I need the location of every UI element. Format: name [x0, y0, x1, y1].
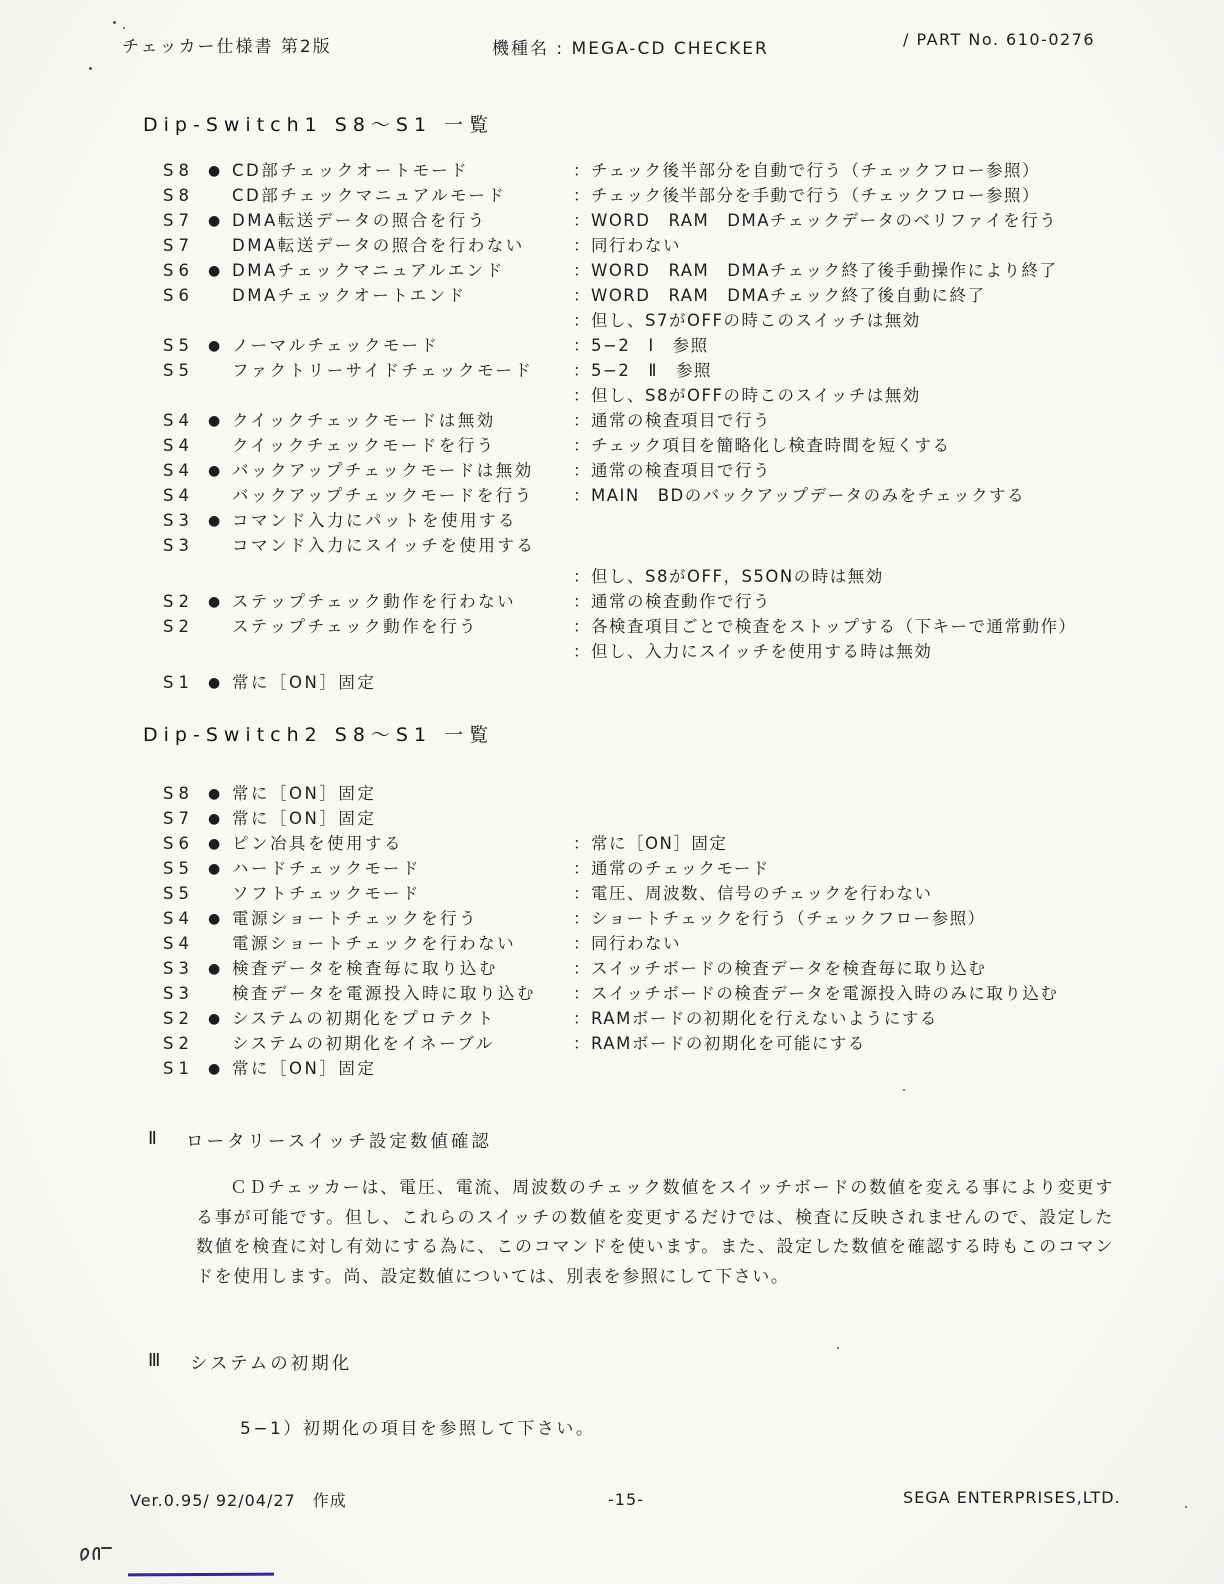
switch-number: S5 — [163, 333, 194, 358]
switch-setting-description: ：各検査項目ごとで検査をストップする（下キーで通常動作） — [573, 614, 1077, 639]
default-setting-dot: ● — [208, 209, 220, 234]
switch-setting-description: ：常に［ON］固定 — [573, 831, 727, 856]
default-setting-dot: ● — [208, 857, 220, 882]
switch-setting-description: ：通常の検査項目で行う — [573, 408, 771, 433]
default-setting-dot: ● — [208, 409, 220, 434]
default-setting-dot: ● — [208, 807, 220, 832]
switch-setting-label: 常に［ON］固定 — [232, 781, 376, 806]
switch-setting-description: ：RAMボードの初期化を行えないようにする — [573, 1006, 938, 1031]
switch-setting-description: ：通常の検査項目で行う — [573, 458, 771, 483]
switch-number: S8 — [163, 183, 194, 208]
default-setting-dot: ● — [208, 259, 220, 284]
switch-number: S1 — [163, 1056, 194, 1081]
switch-setting-description: ：RAMボードの初期化を可能にする — [573, 1031, 866, 1056]
switch-setting-description: ：WORD RAM DMAチェック終了後自動に終了 — [573, 283, 986, 308]
switch-setting-label: ソフトチェックモード — [232, 881, 421, 906]
switch-setting-description: ：同行わない — [573, 931, 681, 956]
switch-number: S7 — [163, 233, 194, 258]
switch-setting-label: システムの初期化をイネーブル — [232, 1031, 495, 1056]
switch-number: S1 — [163, 670, 194, 695]
switch-number: S2 — [163, 1031, 194, 1056]
switch-number: S4 — [163, 433, 194, 458]
dipswitch1-title: Dip-Switch1 S8〜S1 一覧 — [143, 110, 494, 137]
switch-setting-label: ハードチェックモード — [232, 856, 421, 881]
switch-number: S4 — [163, 408, 194, 433]
scan-speck — [123, 27, 125, 29]
switch-setting-label: ステップチェック動作を行わない — [232, 589, 516, 614]
switch-setting-label: 検査データを検査毎に取り込む — [232, 956, 498, 981]
scan-speck — [903, 1089, 905, 1091]
section2-title: ロータリースイッチ設定数値確認 — [186, 1128, 492, 1153]
switch-setting-description: ：スイッチボードの検査データを検査毎に取り込む — [573, 956, 986, 981]
section3-title: システムの初期化 — [190, 1350, 352, 1375]
switch-number: S3 — [163, 956, 194, 981]
section3-numeral: Ⅲ — [148, 1350, 161, 1371]
switch-number: S6 — [163, 831, 194, 856]
scan-speck — [113, 21, 116, 24]
model-name-label: 機種名 : MEGA-CD CHECKER — [492, 34, 769, 59]
scan-speck — [1185, 1506, 1187, 1508]
footer-company: SEGA ENTERPRISES,LTD. — [903, 1488, 1121, 1507]
default-setting-dot: ● — [208, 334, 220, 359]
default-setting-dot: ● — [208, 832, 220, 857]
switch-setting-label: コマンド入力にスイッチを使用する — [232, 533, 535, 558]
footer-version: Ver.0.95/ 92/04/27 作成 — [130, 1488, 347, 1511]
switch-setting-description: ：同行わない — [573, 233, 681, 258]
switch-number: S5 — [163, 856, 194, 881]
switch-number: S5 — [163, 881, 194, 906]
default-setting-dot: ● — [208, 590, 220, 615]
switch-setting-label: ステップチェック動作を行う — [232, 614, 478, 639]
switch-number: S5 — [163, 358, 194, 383]
switch-setting-description: ：通常のチェックモード — [573, 856, 770, 881]
switch-setting-label: 電源ショートチェックを行わない — [232, 931, 516, 956]
default-setting-dot: ● — [208, 1007, 220, 1032]
switch-setting-description: ：WORD RAM DMAチェック終了後手動操作により終了 — [573, 258, 1058, 283]
switch-setting-description: ：チェック項目を簡略化し検査時間を短くする — [573, 433, 951, 458]
switch-number: S3 — [163, 981, 194, 1006]
switch-setting-label: DMAチェックマニュアルエンド — [232, 258, 505, 283]
switch-number: S2 — [163, 614, 194, 639]
default-setting-dot: ● — [208, 671, 220, 696]
default-setting-dot: ● — [208, 159, 220, 184]
switch-number: S7 — [163, 208, 194, 233]
switch-setting-label: バックアップチェックモードは無効 — [232, 458, 534, 483]
switch-number: S6 — [163, 258, 194, 283]
section2-numeral: Ⅱ — [148, 1128, 158, 1149]
switch-setting-description: ：但し、入力にスイッチを使用する時は無効 — [573, 639, 932, 664]
switch-setting-label: CD部チェックオートモード — [232, 158, 469, 183]
switch-setting-label: ファクトリーサイドチェックモード — [232, 358, 533, 383]
switch-setting-description: ：通常の検査動作で行う — [573, 589, 771, 614]
switch-number: S4 — [163, 931, 194, 956]
scan-speck — [837, 1347, 839, 1349]
switch-setting-label: DMAチェックオートエンド — [232, 283, 467, 308]
default-setting-dot: ● — [208, 782, 220, 807]
switch-number: S3 — [163, 533, 194, 558]
switch-setting-label: CD部チェックマニュアルモード — [232, 183, 506, 208]
part-number: / PART No. 610-0276 — [903, 30, 1095, 49]
switch-setting-label: 常に［ON］固定 — [232, 1056, 376, 1081]
scan-speck — [89, 67, 92, 70]
switch-setting-label: 検査データを電源投入時に取り込む — [232, 981, 536, 1006]
switch-setting-label: クイックチェックモードを行う — [232, 433, 496, 458]
scan-speck — [1067, 43, 1069, 45]
switch-number: S2 — [163, 589, 194, 614]
document-title: チェッカー仕様書 第2版 — [122, 32, 332, 57]
switch-number: S4 — [163, 483, 194, 508]
switch-setting-description: ：WORD RAM DMAチェックデータのベリファイを行う — [573, 208, 1057, 233]
switch-setting-label: クイックチェックモードは無効 — [232, 408, 496, 433]
switch-number: S7 — [163, 806, 194, 831]
footer-page-number: -15- — [608, 1490, 644, 1509]
switch-setting-label: システムの初期化をプロテクト — [232, 1006, 496, 1031]
switch-setting-label: DMA転送データの照合を行わない — [232, 233, 525, 258]
switch-setting-label: 電源ショートチェックを行う — [232, 906, 478, 931]
switch-setting-description: ：電圧、周波数、信号のチェックを行わない — [573, 881, 933, 906]
switch-setting-description: ：5−2 Ⅰ 参照 — [573, 333, 709, 358]
default-setting-dot: ● — [208, 459, 220, 484]
switch-setting-label: コマンド入力にパットを使用する — [232, 508, 517, 533]
default-setting-dot: ● — [208, 1057, 220, 1082]
dipswitch2-title: Dip-Switch2 S8〜S1 一覧 — [143, 720, 494, 747]
section3-body: 5−1）初期化の項目を参照して下さい。 — [240, 1414, 595, 1439]
switch-setting-description: ：但し、S8がOFF，S5ONの時は無効 — [573, 564, 884, 589]
switch-setting-description: ：ショートチェックを行う（チェックフロー参照） — [573, 906, 986, 931]
switch-setting-description: ：但し、S7がOFFの時このスイッチは無効 — [573, 308, 921, 333]
switch-setting-label: ノーマルチェックモード — [232, 333, 439, 358]
switch-setting-description: ：チェック後半部分を自動で行う（チェックフロー参照） — [573, 158, 1040, 183]
switch-setting-label: 常に［ON］固定 — [232, 670, 376, 695]
handwritten-mark — [76, 1538, 128, 1566]
default-setting-dot: ● — [208, 509, 220, 534]
blue-underline — [128, 1573, 274, 1577]
switch-number: S8 — [163, 781, 194, 806]
switch-setting-description: ：但し、S8がOFFの時このスイッチは無効 — [573, 383, 921, 408]
switch-number: S6 — [163, 283, 194, 308]
default-setting-dot: ● — [208, 907, 220, 932]
section2-body: ＣＤチェッカーは、電圧、電流、周波数のチェック数値をスイッチボードの数値を変える… — [196, 1174, 1114, 1292]
switch-setting-description: ：MAIN BDのバックアップデータのみをチェックする — [573, 483, 1025, 508]
switch-setting-description: ：チェック後半部分を手動で行う（チェックフロー参照） — [573, 183, 1040, 208]
switch-number: S3 — [163, 508, 194, 533]
switch-setting-label: バックアップチェックモードを行う — [232, 483, 534, 508]
switch-setting-description: ：5−2 Ⅱ 参照 — [573, 358, 712, 383]
switch-number: S4 — [163, 906, 194, 931]
switch-number: S8 — [163, 158, 194, 183]
switch-number: S4 — [163, 458, 194, 483]
switch-setting-label: DMA転送データの照合を行う — [232, 208, 487, 233]
switch-setting-description: ：スイッチボードの検査データを電源投入時のみに取り込む — [573, 981, 1058, 1006]
switch-setting-label: ピン冶具を使用する — [232, 831, 403, 856]
switch-setting-label: 常に［ON］固定 — [232, 806, 376, 831]
default-setting-dot: ● — [208, 957, 220, 982]
switch-number: S2 — [163, 1006, 194, 1031]
